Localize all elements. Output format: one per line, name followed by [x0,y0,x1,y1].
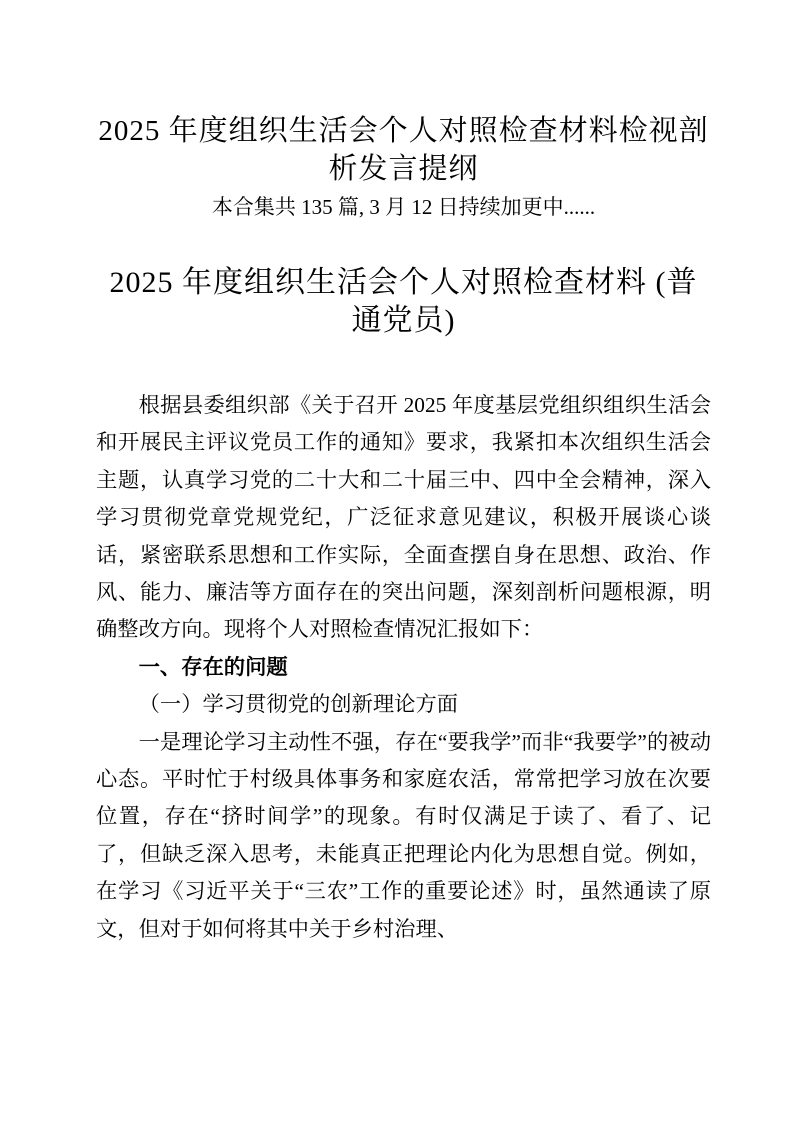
article-body: 根据县委组织部《关于召开 2025 年度基层党组织组织生活会和开展民主评议党员工… [96,387,711,948]
problem-item-body: 平时忙于村级具体事务和家庭农活，常常把学习放在次要位置，存在“挤时间学”的现象。… [96,767,711,941]
document-page: 2025 年度组织生活会个人对照检查材料检视剖析发言提纲 本合集共 135 篇,… [0,0,793,1122]
section-heading-problems: 一、存在的问题 [96,649,711,686]
subsection-heading-theory-study: （一）学习贯彻党的创新理论方面 [96,686,711,723]
article-title: 2025 年度组织生活会个人对照检查材料 (普通党员) [96,264,711,340]
collection-title: 2025 年度组织生活会个人对照检查材料检视剖析发言提纲 [96,112,711,188]
problem-item-paragraph: 一是理论学习主动性不强，存在“要我学”而非“我要学”的被动心态。平时忙于村级具体… [96,724,711,948]
collection-note: 本合集共 135 篇, 3 月 12 日持续加更中...... [96,188,711,226]
intro-paragraph: 根据县委组织部《关于召开 2025 年度基层党组织组织生活会和开展民主评议党员工… [96,387,711,649]
